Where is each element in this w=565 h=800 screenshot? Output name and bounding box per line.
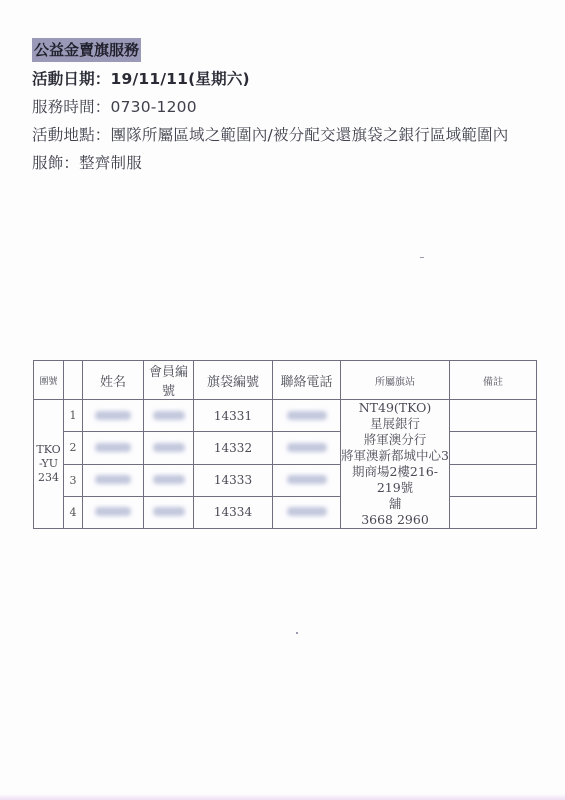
scan-speck (420, 257, 424, 258)
station-address-1: 將軍澳新都城中心3 (341, 448, 449, 464)
table-row: 2 14332 (34, 432, 537, 464)
table-row: 4 14334 (34, 496, 537, 528)
header-member-no: 會員編號 (144, 361, 194, 400)
document-title: 公益金賣旗服務 (32, 38, 141, 62)
phone-redacted (273, 464, 341, 496)
event-location: 活動地點：團隊所屬區域之範圍內/被分配交還旗袋之銀行區域範圍內 (32, 125, 508, 145)
header-flag-bag-no: 旗袋編號 (194, 361, 273, 400)
event-location-value: 團隊所屬區域之範圍內/被分配交還旗袋之銀行區域範圍內 (111, 126, 509, 144)
station-phone: 3668 2960 (341, 512, 449, 528)
team-code: TKO-YU234 (34, 400, 64, 529)
remarks (450, 496, 537, 528)
page-edge (0, 794, 565, 800)
attire: 服飾：整齊制服 (32, 153, 508, 173)
volunteer-roster-table: 團號 姓名 會員編號 旗袋編號 聯絡電話 所屬旗站 備註 TKO-YU234 1… (33, 360, 537, 529)
member-no-redacted (144, 464, 194, 496)
station-branch: 將軍澳分行 (341, 432, 449, 448)
table-row: TKO-YU234 1 14331 NT49(TKO) 星展銀行 將軍澳分行 將… (34, 400, 537, 432)
flag-bag-no: 14331 (194, 400, 273, 432)
station-code: NT49(TKO) (341, 400, 449, 416)
name-redacted (83, 400, 144, 432)
header-team-no: 團號 (34, 361, 64, 400)
header-index (64, 361, 83, 400)
phone-redacted (273, 496, 341, 528)
name-redacted (83, 496, 144, 528)
flag-bag-no: 14332 (194, 432, 273, 464)
station-address-2: 期商場2樓216-219號 (341, 464, 449, 496)
table-row: 3 14333 (34, 464, 537, 496)
service-time-label: 服務時間： (32, 98, 111, 116)
member-no-redacted (144, 432, 194, 464)
station-bank: 星展銀行 (341, 416, 449, 432)
flag-bag-no: 14334 (194, 496, 273, 528)
event-location-label: 活動地點： (32, 126, 111, 144)
header-name: 姓名 (83, 361, 144, 400)
remarks (450, 400, 537, 432)
member-no-redacted (144, 496, 194, 528)
flag-station: NT49(TKO) 星展銀行 將軍澳分行 將軍澳新都城中心3 期商場2樓216-… (341, 400, 450, 529)
name-redacted (83, 464, 144, 496)
header-station: 所屬旗站 (341, 361, 450, 400)
attire-label: 服飾： (32, 154, 79, 172)
phone-redacted (273, 432, 341, 464)
row-index: 1 (64, 400, 83, 432)
station-address-3: 舖 (341, 496, 449, 512)
scan-speck (296, 632, 298, 634)
header-remarks: 備註 (450, 361, 537, 400)
row-index: 2 (64, 432, 83, 464)
remarks (450, 432, 537, 464)
remarks (450, 464, 537, 496)
row-index: 4 (64, 496, 83, 528)
service-time: 服務時間：0730-1200 (32, 97, 508, 117)
table-header-row: 團號 姓名 會員編號 旗袋編號 聯絡電話 所屬旗站 備註 (34, 361, 537, 400)
member-no-redacted (144, 400, 194, 432)
service-time-value: 0730-1200 (111, 98, 197, 116)
header-phone: 聯絡電話 (273, 361, 341, 400)
event-date: 活動日期：19/11/11(星期六) (32, 69, 508, 89)
attire-value: 整齊制服 (79, 154, 142, 172)
phone-redacted (273, 400, 341, 432)
name-redacted (83, 432, 144, 464)
event-date-label: 活動日期： (32, 70, 111, 88)
event-info: 公益金賣旗服務 活動日期：19/11/11(星期六) 服務時間：0730-120… (32, 38, 508, 173)
row-index: 3 (64, 464, 83, 496)
flag-bag-no: 14333 (194, 464, 273, 496)
event-date-value: 19/11/11(星期六) (111, 70, 250, 88)
